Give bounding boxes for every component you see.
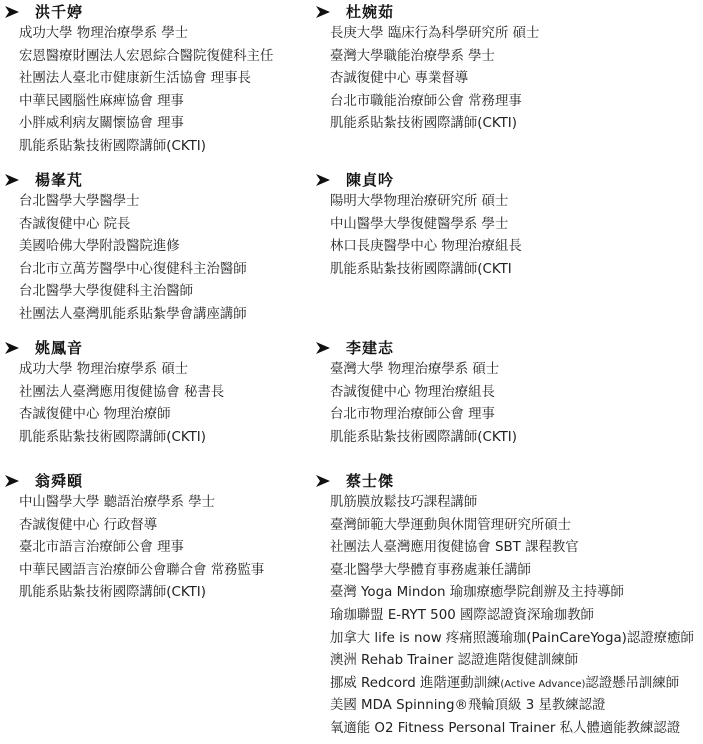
credential-item: 加拿大 life is now 疼痛照護瑜珈(PainCareYoga)認證療癒… xyxy=(330,628,694,651)
credential-list: 肌筋膜放鬆技巧課程講師 臺灣師範大學運動與休閒管理研究所碩士 社團法人臺灣應用復… xyxy=(316,492,694,741)
credential-item: 台北市職能治療師公會 常務理事 xyxy=(330,91,539,114)
credential-item: 宏恩醫療財團法人宏恩綜合醫院復健科主任 xyxy=(19,46,273,69)
credential-text: 挪威 Redcord 進階運動訓練 xyxy=(330,676,500,691)
credential-item: 美國 MDA Spinning®飛輪頂級 3 星教練認證 xyxy=(330,695,694,718)
person-header: 楊峯芃 xyxy=(5,169,247,191)
person-card: 杜婉茹 長庚大學 臨床行為科學研究所 碩士 臺灣大學職能治療學系 學士 杏誠復健… xyxy=(316,1,539,136)
person-header: 蔡士傑 xyxy=(316,470,694,492)
person-card: 李建志 臺灣大學 物理治療學系 碩士 杏誠復健中心 物理治療組長 台北市物理治療… xyxy=(316,337,517,449)
credential-item: 台北市立萬芳醫學中心復健科主治醫師 xyxy=(19,259,247,282)
person-header: 翁舜頤 xyxy=(5,470,264,492)
credential-item: 社團法人臺灣應用復健協會 秘書長 xyxy=(19,382,224,405)
credential-item: 陽明大學物理治療研究所 碩士 xyxy=(330,191,522,214)
credential-item: 肌能系貼紮技術國際講師(CKTI) xyxy=(19,427,224,450)
credential-item: 肌能系貼紮技術國際講師(CKTI) xyxy=(330,427,517,450)
credential-item: 臺灣 Yoga Mindon 瑜珈療癒學院創辦及主持導師 xyxy=(330,582,694,605)
credential-item: 台北醫學大學復健科主治醫師 xyxy=(19,281,247,304)
person-card: 姚鳳音 成功大學 物理治療學系 碩士 社團法人臺灣應用復健協會 秘書長 杏誠復健… xyxy=(5,337,224,449)
credential-item: 挪威 Redcord 進階運動訓練(Active Advance)認證懸吊訓練師 xyxy=(330,673,694,696)
arrowhead-bullet-icon xyxy=(5,6,19,18)
credential-item: 杏誠復健中心 物理治療組長 xyxy=(330,382,517,405)
credential-item: 小胖威利病友關懷協會 理事 xyxy=(19,113,273,136)
person-header: 陳貞吟 xyxy=(316,169,522,191)
arrowhead-bullet-icon xyxy=(316,475,330,487)
credential-list: 台北醫學大學醫學士 杏誠復健中心 院長 美國哈佛大學附設醫院進修 台北市立萬芳醫… xyxy=(5,191,247,327)
arrowhead-bullet-icon xyxy=(316,342,330,354)
credential-item: 美國哈佛大學附設醫院進修 xyxy=(19,236,247,259)
credential-item: 肌能系貼紮技術國際講師(CKTI) xyxy=(19,136,273,159)
credential-item: 氧適能 O2 Fitness Personal Trainer 私人體適能教練認… xyxy=(330,718,694,741)
credential-item: 台北市物理治療師公會 理事 xyxy=(330,404,517,427)
arrowhead-bullet-icon xyxy=(316,6,330,18)
credential-item: 成功大學 物理治療學系 碩士 xyxy=(19,359,224,382)
credential-item: 肌能系貼紮技術國際講師(CKTI) xyxy=(19,582,264,605)
credential-item: 台北醫學大學醫學士 xyxy=(19,191,247,214)
person-name: 蔡士傑 xyxy=(346,470,394,492)
credential-small-text: (Active Advance) xyxy=(500,679,585,690)
credential-item: 臺灣大學 物理治療學系 碩士 xyxy=(330,359,517,382)
credential-text: 認證懸吊訓練師 xyxy=(585,676,679,691)
credential-item: 澳洲 Rehab Trainer 認證進階復健訓練師 xyxy=(330,650,694,673)
arrowhead-bullet-icon xyxy=(5,342,19,354)
credential-item: 長庚大學 臨床行為科學研究所 碩士 xyxy=(330,23,539,46)
credential-item: 肌筋膜放鬆技巧課程講師 xyxy=(330,492,694,515)
credential-item: 社團法人臺灣肌能系貼紮學會講座講師 xyxy=(19,304,247,327)
person-card: 洪千婷 成功大學 物理治療學系 學士 宏恩醫療財團法人宏恩綜合醫院復健科主任 社… xyxy=(5,1,273,159)
person-name: 杜婉茹 xyxy=(346,1,394,23)
credential-item: 肌能系貼紮技術國際講師(CKTI xyxy=(330,259,522,282)
person-card: 陳貞吟 陽明大學物理治療研究所 碩士 中山醫學大學復健醫學系 學士 林口長庚醫學… xyxy=(316,169,522,281)
person-card: 楊峯芃 台北醫學大學醫學士 杏誠復健中心 院長 美國哈佛大學附設醫院進修 台北市… xyxy=(5,169,247,327)
person-header: 洪千婷 xyxy=(5,1,273,23)
credential-item: 臺北醫學大學體育事務處兼任講師 xyxy=(330,560,694,583)
credential-item: 中華民國腦性麻痺協會 理事 xyxy=(19,91,273,114)
credential-item: 社團法人臺北市健康新生活協會 理事長 xyxy=(19,68,273,91)
credential-list: 臺灣大學 物理治療學系 碩士 杏誠復健中心 物理治療組長 台北市物理治療師公會 … xyxy=(316,359,517,449)
credential-list: 陽明大學物理治療研究所 碩士 中山醫學大學復健醫學系 學士 林口長庚醫學中心 物… xyxy=(316,191,522,281)
person-name: 李建志 xyxy=(346,337,394,359)
credential-item: 杏誠復健中心 行政督導 xyxy=(19,515,264,538)
person-name: 姚鳳音 xyxy=(35,337,83,359)
credential-item: 臺灣大學職能治療學系 學士 xyxy=(330,46,539,69)
person-header: 姚鳳音 xyxy=(5,337,224,359)
credential-list: 成功大學 物理治療學系 碩士 社團法人臺灣應用復健協會 秘書長 杏誠復健中心 物… xyxy=(5,359,224,449)
arrowhead-bullet-icon xyxy=(5,174,19,186)
credential-list: 成功大學 物理治療學系 學士 宏恩醫療財團法人宏恩綜合醫院復健科主任 社團法人臺… xyxy=(5,23,273,159)
credential-item: 臺灣師範大學運動與休閒管理研究所碩士 xyxy=(330,515,694,538)
arrowhead-bullet-icon xyxy=(5,475,19,487)
person-header: 杜婉茹 xyxy=(316,1,539,23)
person-header: 李建志 xyxy=(316,337,517,359)
person-card: 翁舜頤 中山醫學大學 聽語治療學系 學士 杏誠復健中心 行政督導 臺北市語言治療… xyxy=(5,470,264,605)
person-name: 翁舜頤 xyxy=(35,470,83,492)
credential-item: 中山醫學大學 聽語治療學系 學士 xyxy=(19,492,264,515)
credential-item: 肌能系貼紮技術國際講師(CKTI) xyxy=(330,113,539,136)
credential-item: 成功大學 物理治療學系 學士 xyxy=(19,23,273,46)
credential-item: 中華民國語言治療師公會聯合會 常務監事 xyxy=(19,560,264,583)
credential-item: 林口長庚醫學中心 物理治療組長 xyxy=(330,236,522,259)
credential-item: 杏誠復健中心 專業督導 xyxy=(330,68,539,91)
credential-list: 長庚大學 臨床行為科學研究所 碩士 臺灣大學職能治療學系 學士 杏誠復健中心 專… xyxy=(316,23,539,136)
credential-item: 瑜珈聯盟 E-RYT 500 國際認證資深瑜珈教師 xyxy=(330,605,694,628)
person-name: 洪千婷 xyxy=(35,1,83,23)
credential-item: 中山醫學大學復健醫學系 學士 xyxy=(330,214,522,237)
credential-item: 杏誠復健中心 物理治療師 xyxy=(19,404,224,427)
credential-list: 中山醫學大學 聽語治療學系 學士 杏誠復健中心 行政督導 臺北市語言治療師公會 … xyxy=(5,492,264,605)
person-name: 陳貞吟 xyxy=(346,169,394,191)
credential-item: 杏誠復健中心 院長 xyxy=(19,214,247,237)
person-name: 楊峯芃 xyxy=(35,169,83,191)
person-card: 蔡士傑 肌筋膜放鬆技巧課程講師 臺灣師範大學運動與休閒管理研究所碩士 社團法人臺… xyxy=(316,470,694,741)
credential-item: 社團法人臺灣應用復健協會 SBT 課程教官 xyxy=(330,537,694,560)
arrowhead-bullet-icon xyxy=(316,174,330,186)
credential-item: 臺北市語言治療師公會 理事 xyxy=(19,537,264,560)
